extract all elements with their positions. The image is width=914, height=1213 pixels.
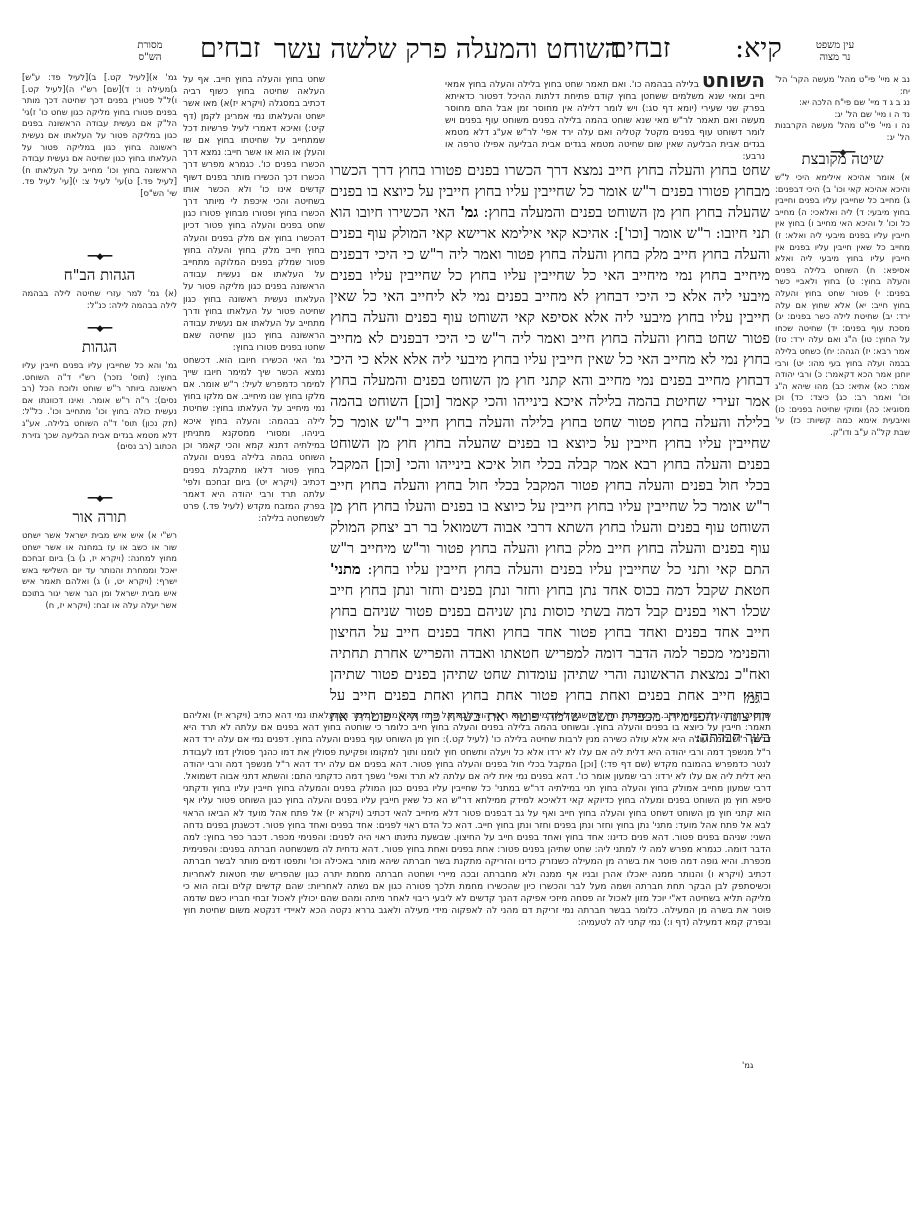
chapter-title: השוחט והמעלה פרק שלשה עשר [274, 34, 620, 65]
rashi-column: שחט בחוץ והעלה בחוץ חייב. אף על העלאה שח… [183, 74, 325, 526]
gemara-footer-label: גמ' [700, 688, 760, 709]
ein-mishpat-label: עין משפט נר מצוה [800, 40, 870, 64]
gemara-main: שחט בחוץ והעלה בחוץ חייב נמצא דרך הכשרו … [330, 160, 770, 748]
ornament-divider: ━━◆━━ [22, 324, 177, 334]
rashi-text: שחט בחוץ והעלה בחוץ חייב. אף על העלאה שח… [183, 74, 325, 355]
ornament-divider: ━━◆━━ [22, 494, 177, 504]
tractate-name: זבחים [610, 33, 670, 64]
masoret-hashas-label: מסורת הש"ס [120, 40, 180, 64]
tosafot: השוחט בלילה בבהמה כו'. ואם תאמר שחט בחוץ… [445, 74, 765, 163]
torah-or-text: רש"י א) איש איש מבית ישראל אשר ישחט שור … [22, 530, 177, 611]
section-title: תורה אור [22, 508, 177, 527]
rashi-bottom-text: שחט בחוץ והעלה בחוץ חייב. דבשחיטת חוץ לא… [183, 710, 771, 930]
torah-or: ━━◆━━ תורה אור רש"י א) איש איש מבית ישרא… [22, 490, 177, 611]
daf-number: קיא: [735, 33, 782, 64]
tosafot-text: בלילה בבהמה כו'. ואם תאמר שחט בחוץ בלילה… [445, 80, 765, 162]
mishna-label: מתני' [330, 561, 361, 578]
masoret-hashas: גמ' א)[לעיל קט.] ב)[לעיל פד: ע"ש] ג)מעיל… [22, 72, 177, 200]
ein-mishpat-entry: נג ב ג ד מיי' שם פי"ח הלכה יא: [775, 97, 910, 109]
masoret-hashas-text: גמ' א)[לעיל קט.] ב)[לעיל פד: ע"ש] ג)מעיל… [22, 72, 177, 200]
rashi-bottom: שחט בחוץ והעלה בחוץ חייב. דבשחיטת חוץ לא… [183, 710, 771, 930]
shita-mekubetzet: שיטה מקובצת א) אומר אהיכא אילימא היכי ל"… [775, 148, 910, 439]
label-line: הש"ס [120, 52, 180, 64]
hagahot-habach-text: (א) גמ' למר עזרי שחיטה לילה בבהמה לילה ב… [22, 288, 177, 311]
gemara-label: גמ' [460, 204, 478, 221]
label-line: מסורת [120, 40, 180, 52]
catchword: גמ' [742, 1060, 753, 1072]
ein-mishpat-entry: נב א מיי' פי"ט מהל' מעשה הקר' הל' יח: [775, 74, 910, 97]
rashi-text: גמ' האי הכשירו חיובו הוא. דכשחט נמצא הכש… [183, 355, 325, 526]
shita-mekubetzet-text: א) אומר אהיכא אילימא היכי ל"ש והיכא אהיכ… [775, 172, 910, 439]
section-title: הגהות הב"ח [22, 266, 177, 285]
label-line: נר מצוה [800, 52, 870, 64]
hagahot: ━━◆━━ הגהות גמ' והא כל שחייבין עליו בפני… [22, 320, 177, 453]
ornament-divider: ━━◆━━ [22, 252, 177, 262]
section-title: הגהות [22, 338, 177, 357]
section-title: שיטה מקובצת [775, 150, 910, 169]
hagahot-habach: ━━◆━━ הגהות הב"ח (א) גמ' למר עזרי שחיטה … [22, 248, 177, 311]
hagahot-text: גמ' והא כל שחייבין עליו בפנים חייבין עלי… [22, 360, 177, 453]
label-line: עין משפט [800, 40, 870, 52]
tractate-name-left: זבחים [200, 33, 260, 64]
gemara-text: ר"ש אומר [וכו']: אהיכא קאי אילימא ארישא … [330, 225, 770, 578]
ein-mishpat-entry: נד ה ו מיי' שם הל' יג: [775, 109, 910, 121]
tosafot-lead-word: השוחט [702, 68, 765, 92]
page-header: השוחט והמעלה פרק שלשה עשר [280, 34, 620, 65]
ein-mishpat-entry: נה ו מיי' פי"ט מהל' מעשה הקרבנות הל' יג: [775, 120, 910, 143]
